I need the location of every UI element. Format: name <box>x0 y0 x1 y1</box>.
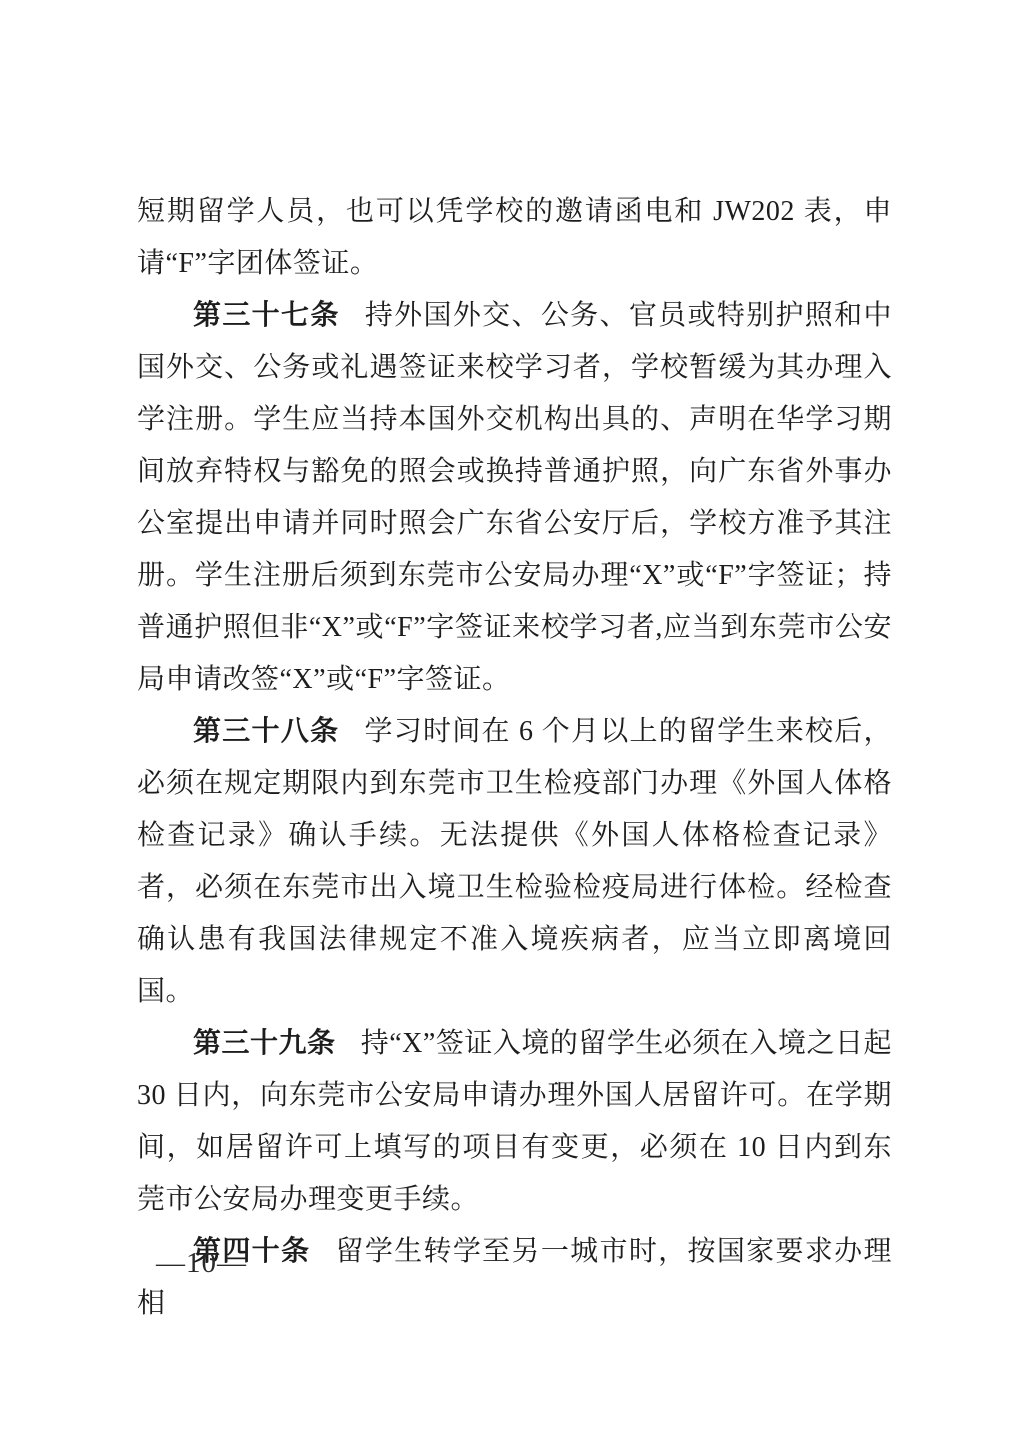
document-body: 短期留学人员，也可以凭学校的邀请函电和 JW202 表，申请“F”字团体签证。第… <box>137 186 892 1330</box>
paragraph-article-40: 第四十条留学生转学至另一城市时，按国家要求办理相 <box>137 1226 892 1330</box>
paragraph-text: 学习时间在 6 个月以上的留学生来校后，必须在规定期限内到东莞市卫生检疫部门办理… <box>137 716 892 1007</box>
paragraph-article-38: 第三十八条学习时间在 6 个月以上的留学生来校后，必须在规定期限内到东莞市卫生检… <box>137 706 892 1018</box>
page-number: —10— <box>156 1243 247 1283</box>
article-number: 第三十八条 <box>193 716 339 747</box>
article-number: 第三十七条 <box>193 300 340 331</box>
paragraph-text: 持外国外交、公务、官员或特别护照和中国外交、公务或礼遇签证来校学习者，学校暂缓为… <box>137 300 892 695</box>
document-page: 短期留学人员，也可以凭学校的邀请函电和 JW202 表，申请“F”字团体签证。第… <box>0 0 1024 1448</box>
paragraph-article-37: 第三十七条持外国外交、公务、官员或特别护照和中国外交、公务或礼遇签证来校学习者，… <box>137 290 892 706</box>
paragraph-article-39: 第三十九条持“X”签证入境的留学生必须在入境之日起 30 日内，向东莞市公安局申… <box>137 1018 892 1226</box>
article-number: 第三十九条 <box>193 1028 336 1059</box>
paragraph-continuation: 短期留学人员，也可以凭学校的邀请函电和 JW202 表，申请“F”字团体签证。 <box>137 186 892 290</box>
paragraph-text: 短期留学人员，也可以凭学校的邀请函电和 JW202 表，申请“F”字团体签证。 <box>137 196 892 279</box>
